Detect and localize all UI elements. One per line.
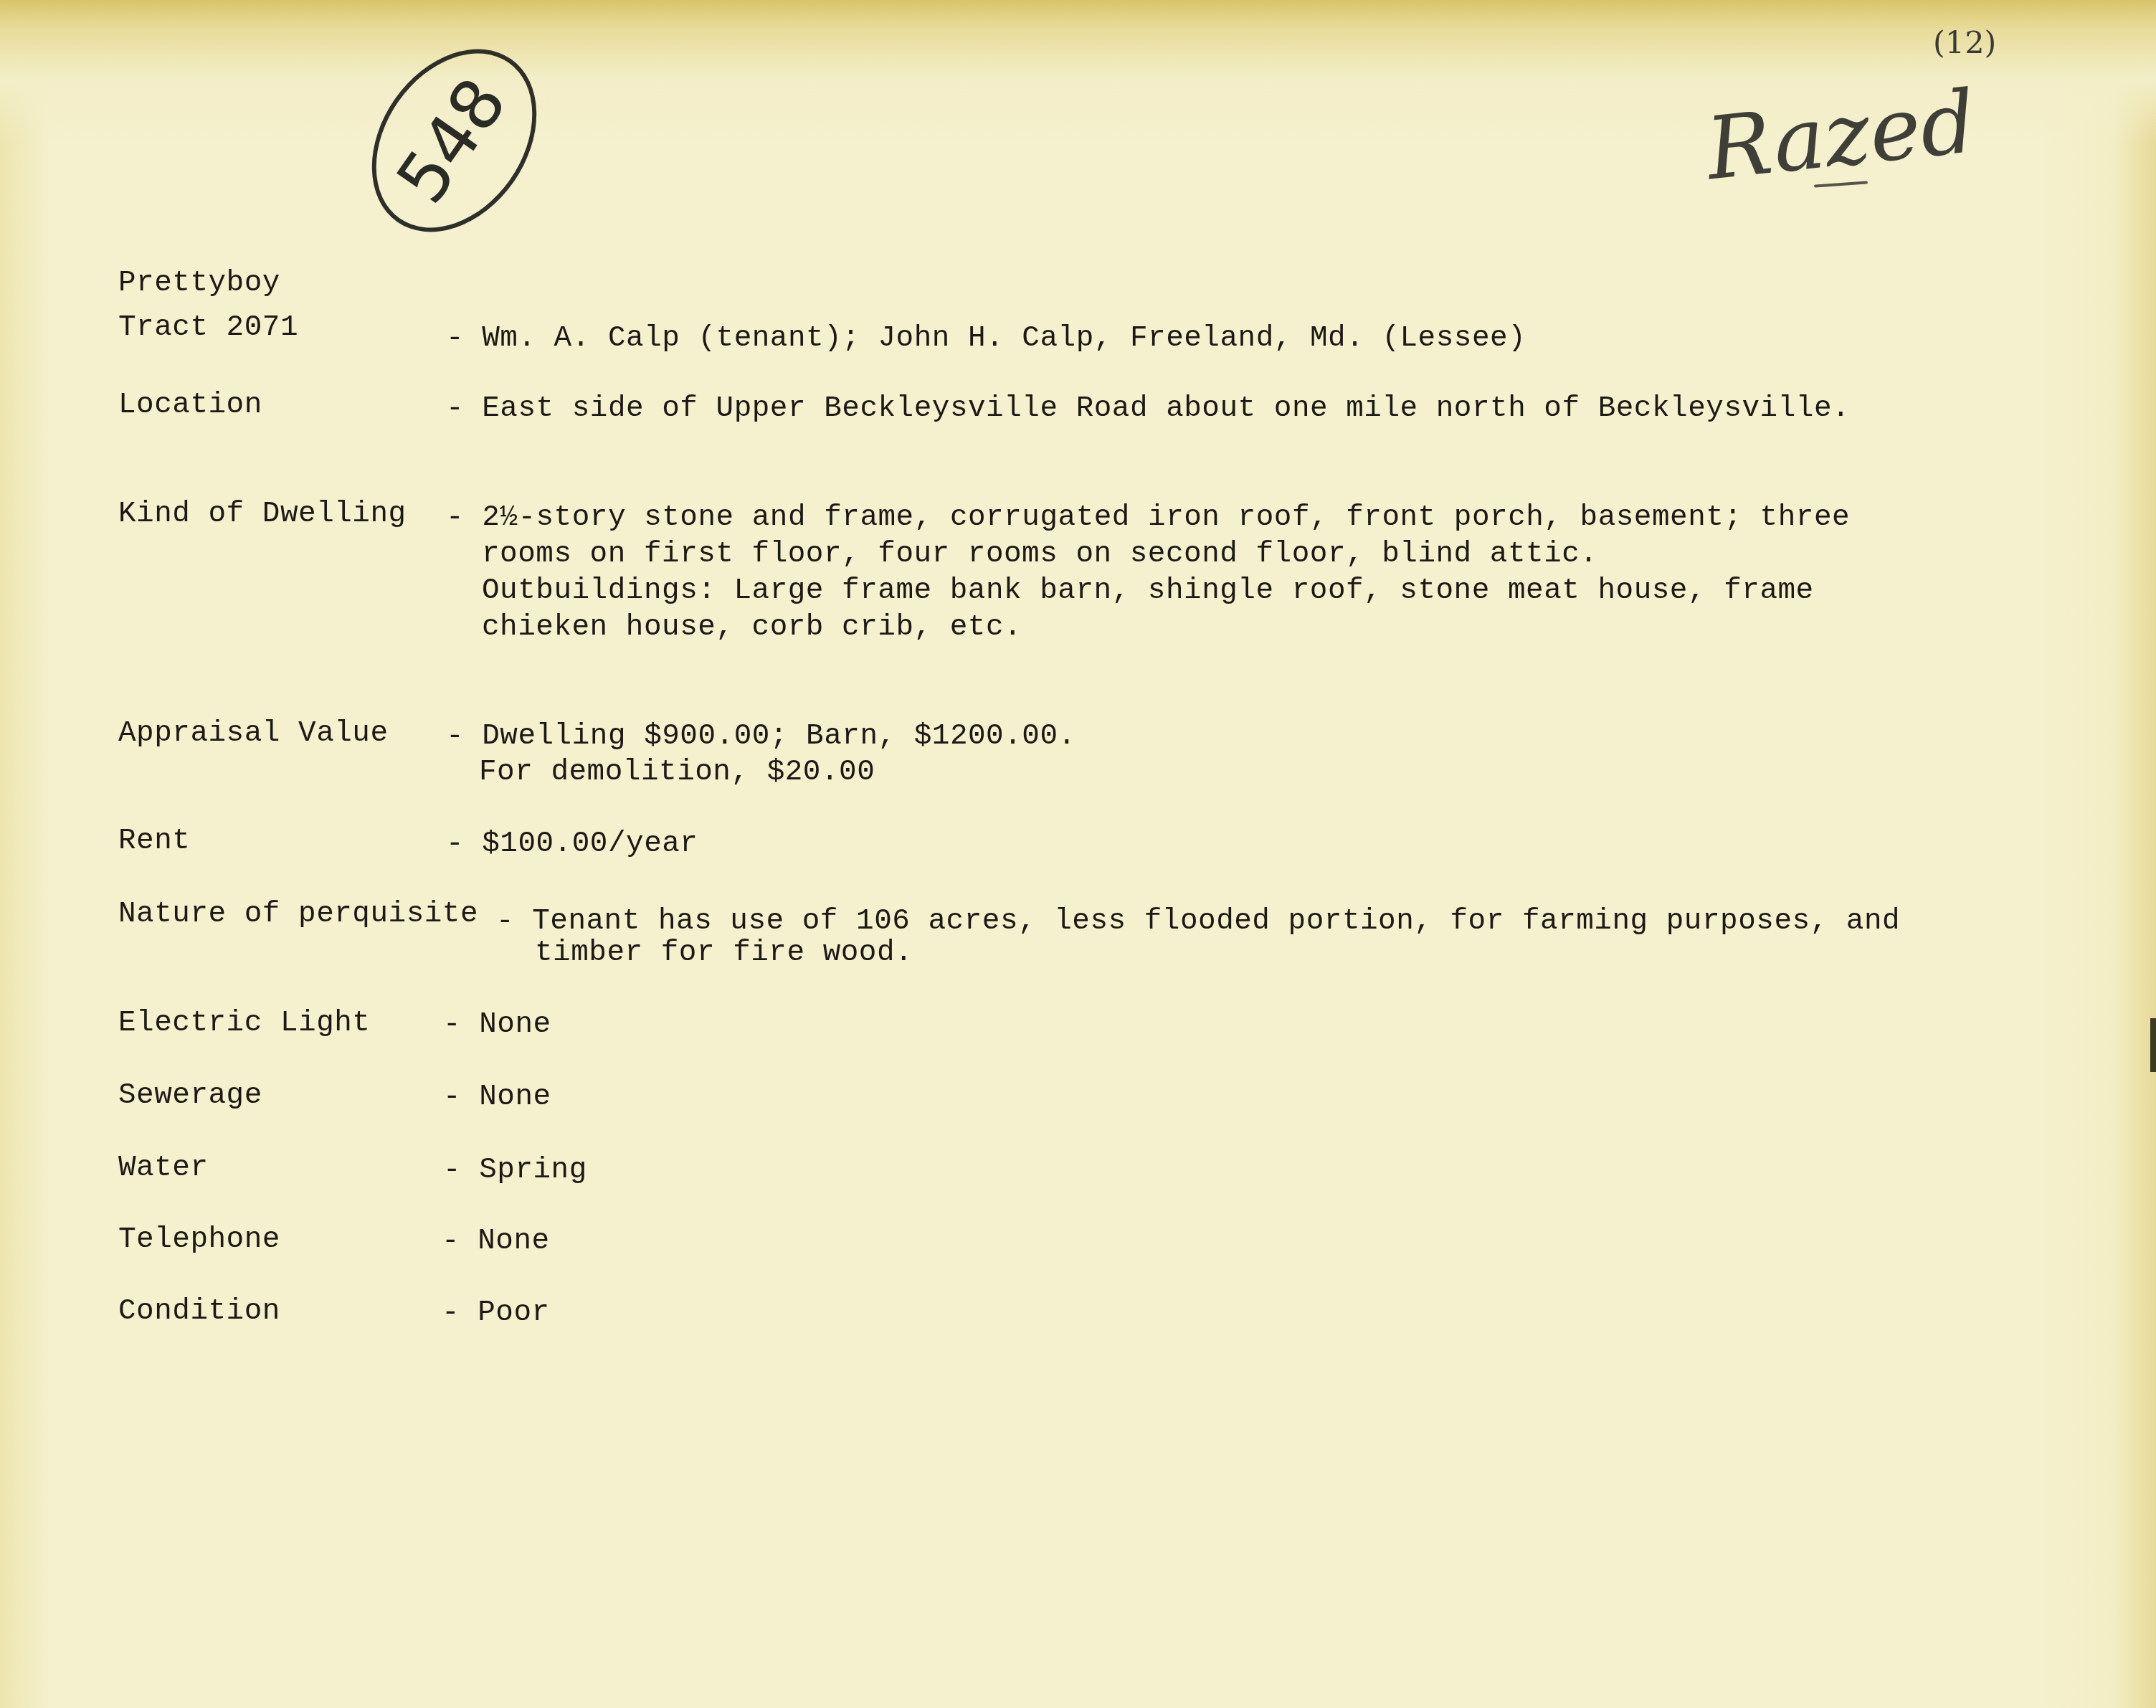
- condition-value: - Poor: [442, 1295, 550, 1331]
- occupants-value: - Wm. A. Calp (tenant); John H. Calp, Fr…: [446, 321, 1526, 356]
- kind-of-dwelling-line-3: Outbuildings: Large frame bank barn, shi…: [482, 573, 1814, 609]
- rent-value: - $100.00/year: [446, 826, 698, 862]
- nature-of-perquisite-line-1: - Tenant has use of 106 acres, less floo…: [496, 903, 1900, 939]
- kind-of-dwelling-label: Kind of Dwelling: [118, 496, 407, 532]
- appraisal-value-line-2: For demolition, $20.00: [479, 754, 875, 790]
- nature-of-perquisite-line-2: timber for fire wood.: [535, 935, 913, 971]
- handwritten-status-annotation: Razed: [1702, 72, 1980, 200]
- appraisal-value-line-1: - Dwelling $900.00; Barn, $1200.00.: [446, 718, 1076, 754]
- nature-of-perquisite-label: Nature of perquisite: [118, 896, 478, 932]
- binding-edge: [2150, 1018, 2156, 1072]
- water-value: - Spring: [443, 1152, 587, 1188]
- sewerage-label: Sewerage: [118, 1078, 262, 1114]
- area-name: Prettyboy: [118, 265, 280, 301]
- electric-light-label: Electric Light: [118, 1005, 370, 1041]
- sewerage-value: - None: [443, 1079, 551, 1115]
- location-value: - East side of Upper Beckleysville Road …: [446, 391, 1850, 427]
- condition-label: Condition: [118, 1294, 280, 1329]
- telephone-value: - None: [442, 1223, 550, 1259]
- water-label: Water: [118, 1150, 209, 1186]
- scanned-document-page: (12) 548 Razed Prettyboy Tract 2071 - Wm…: [0, 0, 2156, 1708]
- page-number: (12): [1933, 25, 1996, 61]
- kind-of-dwelling-line-2: rooms on first floor, four rooms on seco…: [482, 536, 1597, 572]
- location-label: Location: [118, 387, 262, 423]
- telephone-label: Telephone: [118, 1222, 280, 1258]
- appraisal-value-label: Appraisal Value: [118, 716, 389, 751]
- tract-label: Tract 2071: [118, 310, 298, 346]
- rent-label: Rent: [118, 823, 190, 859]
- kind-of-dwelling-line-1: - 2½-story stone and frame, corrugated i…: [446, 500, 1850, 536]
- electric-light-value: - None: [443, 1007, 551, 1043]
- kind-of-dwelling-line-4: chieken house, corb crib, etc.: [482, 609, 1022, 645]
